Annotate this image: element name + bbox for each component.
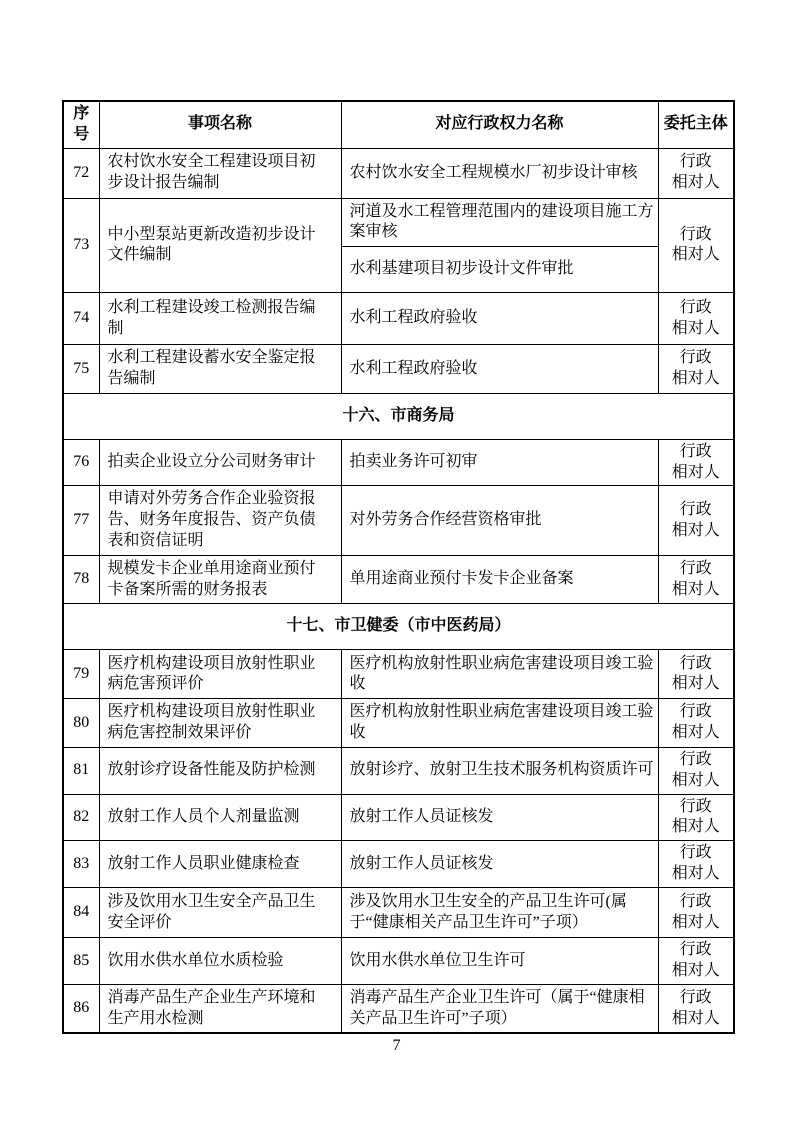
power-name-cell: 医疗机构放射性职业病危害建设项目竣工验收 xyxy=(341,650,658,699)
seq-cell: 82 xyxy=(63,794,99,841)
item-name-cell: 放射工作人员个人剂量监测 xyxy=(99,794,341,841)
table-row: 79 医疗机构建设项目放射性职业病危害预评价 医疗机构放射性职业病危害建设项目竣… xyxy=(63,650,734,699)
seq-cell: 72 xyxy=(63,148,99,198)
document-page: 序号 事项名称 对应行政权力名称 委托主体 72 农村饮水安全工程建设项目初步设… xyxy=(0,0,793,1122)
item-name-cell: 拍卖企业设立分公司财务审计 xyxy=(99,439,341,486)
item-name-cell: 消毒产品生产企业生产环境和生产用水检测 xyxy=(99,984,341,1033)
table-header-row: 序号 事项名称 对应行政权力名称 委托主体 xyxy=(63,101,734,148)
subject-cell: 行政 相对人 xyxy=(658,650,734,699)
header-power-name: 对应行政权力名称 xyxy=(341,101,658,148)
table-row: 78 规模发卡企业单用途商业预付卡备案所需的财务报表 单用途商业预付卡发卡企业备… xyxy=(63,555,734,604)
seq-cell: 83 xyxy=(63,841,99,888)
seq-cell: 77 xyxy=(63,486,99,555)
item-name-cell: 放射诊疗设备性能及防护检测 xyxy=(99,747,341,794)
table-row: 76 拍卖企业设立分公司财务审计 拍卖业务许可初审 行政 相对人 xyxy=(63,439,734,486)
item-name-cell: 中小型泵站更新改造初步设计文件编制 xyxy=(99,198,341,293)
power-name-cell: 水利工程政府验收 xyxy=(341,345,658,394)
item-name-cell: 饮用水供水单位水质检验 xyxy=(99,938,341,985)
seq-cell: 84 xyxy=(63,888,99,938)
header-seq: 序号 xyxy=(63,101,99,148)
power-name-cell: 拍卖业务许可初审 xyxy=(341,439,658,486)
seq-cell: 76 xyxy=(63,439,99,486)
header-item-name: 事项名称 xyxy=(99,101,341,148)
table-row: 83 放射工作人员职业健康检查 放射工作人员证核发 行政 相对人 xyxy=(63,841,734,888)
power-name-cell: 消毒产品生产企业卫生许可（属于“健康相关产品卫生许可”子项） xyxy=(341,984,658,1033)
seq-cell: 75 xyxy=(63,345,99,394)
seq-cell: 74 xyxy=(63,293,99,345)
power-name-cell: 单用途商业预付卡发卡企业备案 xyxy=(341,555,658,604)
seq-cell: 80 xyxy=(63,699,99,748)
power-name-cell: 水利工程政府验收 xyxy=(341,293,658,345)
item-name-cell: 医疗机构建设项目放射性职业病危害预评价 xyxy=(99,650,341,699)
item-name-cell: 申请对外劳务合作企业验资报告、财务年度报告、资产负债表和资信证明 xyxy=(99,486,341,555)
item-name-cell: 医疗机构建设项目放射性职业病危害控制效果评价 xyxy=(99,699,341,748)
subject-cell: 行政 相对人 xyxy=(658,794,734,841)
item-name-cell: 放射工作人员职业健康检查 xyxy=(99,841,341,888)
subject-cell: 行政 相对人 xyxy=(658,293,734,345)
section-row: 十六、市商务局 xyxy=(63,393,734,439)
power-name-cell: 农村饮水安全工程规模水厂初步设计审核 xyxy=(341,148,658,198)
subject-cell: 行政 相对人 xyxy=(658,841,734,888)
seq-cell: 73 xyxy=(63,198,99,293)
table-row: 81 放射诊疗设备性能及防护检测 放射诊疗、放射卫生技术服务机构资质许可 行政 … xyxy=(63,747,734,794)
item-name-cell: 水利工程建设竣工检测报告编制 xyxy=(99,293,341,345)
section-row: 十七、市卫健委（市中医药局） xyxy=(63,604,734,650)
table-row: 74 水利工程建设竣工检测报告编制 水利工程政府验收 行政 相对人 xyxy=(63,293,734,345)
table-row: 86 消毒产品生产企业生产环境和生产用水检测 消毒产品生产企业卫生许可（属于“健… xyxy=(63,984,734,1033)
power-name-cell: 放射工作人员证核发 xyxy=(341,841,658,888)
table-row: 72 农村饮水安全工程建设项目初步设计报告编制 农村饮水安全工程规模水厂初步设计… xyxy=(63,148,734,198)
table-row: 85 饮用水供水单位水质检验 饮用水供水单位卫生许可 行政 相对人 xyxy=(63,938,734,985)
subject-cell: 行政 相对人 xyxy=(658,148,734,198)
table-row: 84 涉及饮用水卫生安全产品卫生安全评价 涉及饮用水卫生安全的产品卫生许可(属于… xyxy=(63,888,734,938)
subject-cell: 行政 相对人 xyxy=(658,486,734,555)
header-subject: 委托主体 xyxy=(658,101,734,148)
subject-cell: 行政 相对人 xyxy=(658,345,734,394)
power-name-cell: 医疗机构放射性职业病危害建设项目竣工验收 xyxy=(341,699,658,748)
subject-cell: 行政 相对人 xyxy=(658,555,734,604)
subject-cell: 行政 相对人 xyxy=(658,938,734,985)
table-row: 73 中小型泵站更新改造初步设计文件编制 河道及水工程管理范围内的建设项目施工方… xyxy=(63,198,734,247)
subject-cell: 行政 相对人 xyxy=(658,984,734,1033)
item-name-cell: 涉及饮用水卫生安全产品卫生安全评价 xyxy=(99,888,341,938)
section-title: 十六、市商务局 xyxy=(63,393,734,439)
seq-cell: 85 xyxy=(63,938,99,985)
seq-cell: 86 xyxy=(63,984,99,1033)
power-name-cell: 放射工作人员证核发 xyxy=(341,794,658,841)
seq-cell: 81 xyxy=(63,747,99,794)
subject-cell: 行政 相对人 xyxy=(658,747,734,794)
power-name-cell: 涉及饮用水卫生安全的产品卫生许可(属于“健康相关产品卫生许可”子项） xyxy=(341,888,658,938)
item-name-cell: 规模发卡企业单用途商业预付卡备案所需的财务报表 xyxy=(99,555,341,604)
seq-cell: 79 xyxy=(63,650,99,699)
item-name-cell: 水利工程建设蓄水安全鉴定报告编制 xyxy=(99,345,341,394)
power-name-cell: 水利基建项目初步设计文件审批 xyxy=(341,247,658,293)
page-number: 7 xyxy=(0,1037,793,1055)
item-name-cell: 农村饮水安全工程建设项目初步设计报告编制 xyxy=(99,148,341,198)
table-row: 75 水利工程建设蓄水安全鉴定报告编制 水利工程政府验收 行政 相对人 xyxy=(63,345,734,394)
seq-cell: 78 xyxy=(63,555,99,604)
subject-cell: 行政 相对人 xyxy=(658,198,734,293)
subject-cell: 行政 相对人 xyxy=(658,439,734,486)
table-row: 80 医疗机构建设项目放射性职业病危害控制效果评价 医疗机构放射性职业病危害建设… xyxy=(63,699,734,748)
power-name-cell: 对外劳务合作经营资格审批 xyxy=(341,486,658,555)
subject-cell: 行政 相对人 xyxy=(658,888,734,938)
section-title: 十七、市卫健委（市中医药局） xyxy=(63,604,734,650)
power-name-cell: 饮用水供水单位卫生许可 xyxy=(341,938,658,985)
table-row: 82 放射工作人员个人剂量监测 放射工作人员证核发 行政 相对人 xyxy=(63,794,734,841)
power-name-cell: 河道及水工程管理范围内的建设项目施工方案审核 xyxy=(341,198,658,247)
power-name-cell: 放射诊疗、放射卫生技术服务机构资质许可 xyxy=(341,747,658,794)
delegation-table: 序号 事项名称 对应行政权力名称 委托主体 72 农村饮水安全工程建设项目初步设… xyxy=(62,100,735,1034)
table-row: 77 申请对外劳务合作企业验资报告、财务年度报告、资产负债表和资信证明 对外劳务… xyxy=(63,486,734,555)
subject-cell: 行政 相对人 xyxy=(658,699,734,748)
